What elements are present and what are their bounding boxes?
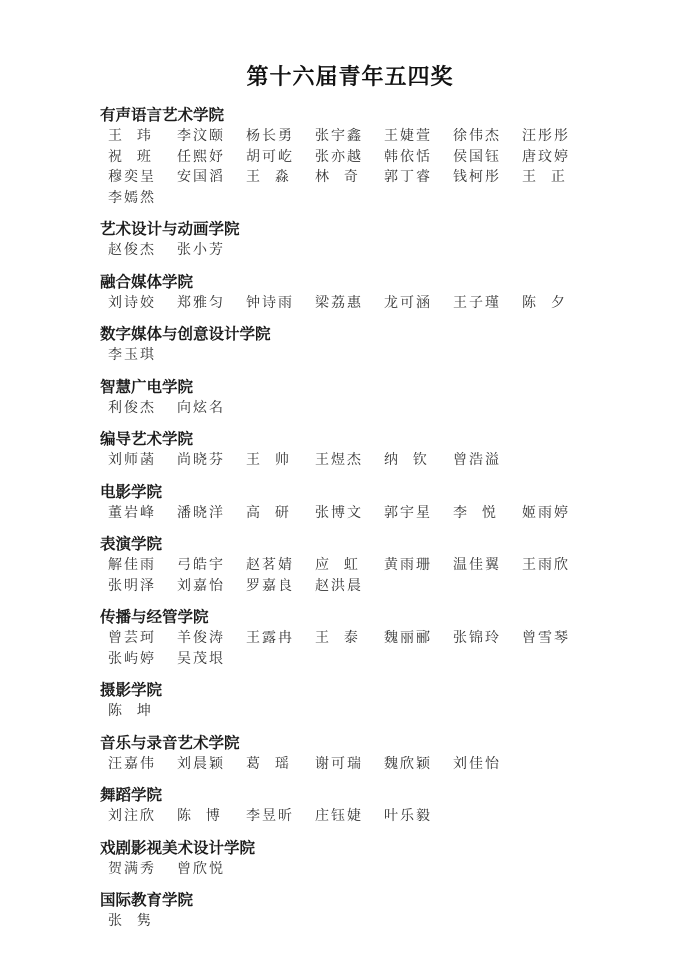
college-section: 戏剧影视美术设计学院贺满秀曾欣悦 (100, 837, 600, 880)
awardee-name: 郭宇星 (384, 503, 453, 524)
awardee-name: 刘注欣 (108, 806, 177, 827)
college-section: 表演学院解佳雨弓皓宇赵茗婧应 虹黄雨珊温佳翼王雨欣张明泽刘嘉怡罗嘉良赵洪晨 (100, 533, 600, 596)
name-list: 刘注欣陈 博李昱昕庄钰婕叶乐毅 (100, 806, 598, 827)
college-heading: 电影学院 (100, 481, 600, 503)
awardee-name: 刘师菡 (108, 450, 177, 471)
college-heading: 音乐与录音艺术学院 (100, 732, 600, 754)
awardee-name: 叶乐毅 (384, 806, 453, 827)
college-heading: 艺术设计与动画学院 (100, 218, 600, 240)
awardee-name: 贺满秀 (108, 859, 177, 880)
awardee-name: 汪彤彤 (522, 126, 591, 147)
awardee-name: 陈 博 (177, 806, 246, 827)
college-section: 数字媒体与创意设计学院李玉琪 (100, 323, 600, 366)
awardee-name: 王煜杰 (315, 450, 384, 471)
awardee-name: 唐玟婷 (522, 147, 591, 168)
awardee-name: 郭丁睿 (384, 167, 453, 188)
college-section: 艺术设计与动画学院赵俊杰张小芳 (100, 218, 600, 261)
awardee-name: 汪嘉伟 (108, 754, 177, 775)
college-section: 编导艺术学院刘师菡尚晓芬王 帅王煜杰纳 钦曾浩溢 (100, 428, 600, 471)
name-list: 解佳雨弓皓宇赵茗婧应 虹黄雨珊温佳翼王雨欣张明泽刘嘉怡罗嘉良赵洪晨 (100, 555, 598, 596)
awardee-name: 王 正 (522, 167, 591, 188)
awardee-name: 王 淼 (246, 167, 315, 188)
name-list: 赵俊杰张小芳 (100, 240, 598, 261)
college-heading: 摄影学院 (100, 679, 600, 701)
awardee-name: 张宇鑫 (315, 126, 384, 147)
name-list: 王 玮李汶颐杨长勇张宇鑫王婕萱徐伟杰汪彤彤祝 班任熙妤胡可屹张亦越韩依恬侯国钰唐… (100, 126, 598, 208)
awardee-name: 刘嘉怡 (177, 576, 246, 597)
awardee-name: 郑雅匀 (177, 293, 246, 314)
awardee-name: 刘诗姣 (108, 293, 177, 314)
awardee-name: 高 研 (246, 503, 315, 524)
awardee-name: 钱柯彤 (453, 167, 522, 188)
awardee-name: 杨长勇 (246, 126, 315, 147)
page-title: 第十六届青年五四奖 (0, 60, 700, 91)
awardee-name: 祝 班 (108, 147, 177, 168)
awardee-name: 张屿婷 (108, 649, 177, 670)
awardee-name: 穆奕呈 (108, 167, 177, 188)
awardee-name: 解佳雨 (108, 555, 177, 576)
awardee-name: 张 隽 (108, 911, 177, 932)
awardee-name: 弓皓宇 (177, 555, 246, 576)
college-heading: 国际教育学院 (100, 889, 600, 911)
college-section: 国际教育学院张 隽 (100, 889, 600, 932)
awardee-name: 谢可瑞 (315, 754, 384, 775)
awardee-name: 王雨欣 (522, 555, 591, 576)
college-heading: 编导艺术学院 (100, 428, 600, 450)
awardee-name: 魏欣颖 (384, 754, 453, 775)
awardee-name: 张锦玲 (453, 628, 522, 649)
college-heading: 表演学院 (100, 533, 600, 555)
name-list: 曾芸珂羊俊涛王露冉王 泰魏丽郦张锦玲曾雪琴张屿婷吴茂垠 (100, 628, 598, 669)
awardee-name: 韩依恬 (384, 147, 453, 168)
college-heading: 融合媒体学院 (100, 271, 600, 293)
awardee-name: 陈 坤 (108, 701, 177, 722)
college-heading: 智慧广电学院 (100, 376, 600, 398)
college-section: 传播与经管学院曾芸珂羊俊涛王露冉王 泰魏丽郦张锦玲曾雪琴张屿婷吴茂垠 (100, 606, 600, 669)
name-list: 汪嘉伟刘晨颖葛 瑶谢可瑞魏欣颖刘佳怡 (100, 754, 598, 775)
awardee-name: 赵洪晨 (315, 576, 384, 597)
awardee-name: 陈 夕 (522, 293, 591, 314)
awardee-name: 潘晓洋 (177, 503, 246, 524)
awardee-name: 李 悦 (453, 503, 522, 524)
name-list: 利俊杰向炫名 (100, 398, 598, 419)
awardee-name: 纳 钦 (384, 450, 453, 471)
college-heading: 戏剧影视美术设计学院 (100, 837, 600, 859)
awardee-name: 羊俊涛 (177, 628, 246, 649)
awardee-name: 胡可屹 (246, 147, 315, 168)
awardee-name: 刘佳怡 (453, 754, 522, 775)
college-section: 音乐与录音艺术学院汪嘉伟刘晨颖葛 瑶谢可瑞魏欣颖刘佳怡 (100, 732, 600, 775)
awardee-name: 徐伟杰 (453, 126, 522, 147)
awardee-name: 黄雨珊 (384, 555, 453, 576)
college-heading: 数字媒体与创意设计学院 (100, 323, 600, 345)
awardee-name: 张明泽 (108, 576, 177, 597)
awardee-name: 尚晓芬 (177, 450, 246, 471)
name-list: 李玉琪 (100, 345, 598, 366)
awardee-name: 任熙妤 (177, 147, 246, 168)
name-list: 张 隽 (100, 911, 598, 932)
awardee-name: 林 奇 (315, 167, 384, 188)
awardee-name: 张小芳 (177, 240, 246, 261)
college-section: 融合媒体学院刘诗姣郑雅匀钟诗雨梁荔惠龙可涵王子瑾陈 夕 (100, 271, 600, 314)
awardee-name: 姬雨婷 (522, 503, 591, 524)
name-list: 刘诗姣郑雅匀钟诗雨梁荔惠龙可涵王子瑾陈 夕 (100, 293, 598, 314)
college-heading: 有声语言艺术学院 (100, 104, 600, 126)
college-section: 摄影学院陈 坤 (100, 679, 600, 722)
awardee-name: 梁荔惠 (315, 293, 384, 314)
awardee-name: 李玉琪 (108, 345, 177, 366)
awardee-name: 罗嘉良 (246, 576, 315, 597)
awardee-name: 董岩峰 (108, 503, 177, 524)
college-section: 电影学院董岩峰潘晓洋高 研张博文郭宇星李 悦姬雨婷 (100, 481, 600, 524)
awardee-name: 王露冉 (246, 628, 315, 649)
awardee-name: 王 泰 (315, 628, 384, 649)
awardee-name: 张亦越 (315, 147, 384, 168)
awardee-name: 张博文 (315, 503, 384, 524)
college-section: 舞蹈学院刘注欣陈 博李昱昕庄钰婕叶乐毅 (100, 784, 600, 827)
awardee-name: 利俊杰 (108, 398, 177, 419)
name-list: 陈 坤 (100, 701, 598, 722)
awardee-name: 龙可涵 (384, 293, 453, 314)
awardee-name: 应 虹 (315, 555, 384, 576)
awardee-name: 赵茗婧 (246, 555, 315, 576)
awardee-name: 刘晨颖 (177, 754, 246, 775)
awardee-name: 安国滔 (177, 167, 246, 188)
name-list: 贺满秀曾欣悦 (100, 859, 598, 880)
awardee-name: 李汶颐 (177, 126, 246, 147)
college-section: 智慧广电学院利俊杰向炫名 (100, 376, 600, 419)
awardee-name: 王子瑾 (453, 293, 522, 314)
name-list: 董岩峰潘晓洋高 研张博文郭宇星李 悦姬雨婷 (100, 503, 598, 524)
college-heading: 传播与经管学院 (100, 606, 600, 628)
awardee-name: 庄钰婕 (315, 806, 384, 827)
awardee-name: 曾欣悦 (177, 859, 246, 880)
awardee-name: 王 帅 (246, 450, 315, 471)
awardee-name: 温佳翼 (453, 555, 522, 576)
college-section: 有声语言艺术学院王 玮李汶颐杨长勇张宇鑫王婕萱徐伟杰汪彤彤祝 班任熙妤胡可屹张亦… (100, 104, 600, 208)
awardee-name: 魏丽郦 (384, 628, 453, 649)
awardee-name: 王 玮 (108, 126, 177, 147)
awardee-name: 向炫名 (177, 398, 246, 419)
awardee-name: 李昱昕 (246, 806, 315, 827)
awardee-name: 侯国钰 (453, 147, 522, 168)
college-heading: 舞蹈学院 (100, 784, 600, 806)
award-list: 有声语言艺术学院王 玮李汶颐杨长勇张宇鑫王婕萱徐伟杰汪彤彤祝 班任熙妤胡可屹张亦… (100, 104, 600, 942)
awardee-name: 吴茂垠 (177, 649, 246, 670)
awardee-name: 曾浩溢 (453, 450, 522, 471)
awardee-name: 曾芸珂 (108, 628, 177, 649)
awardee-name: 李嫣然 (108, 188, 177, 209)
awardee-name: 赵俊杰 (108, 240, 177, 261)
awardee-name: 曾雪琴 (522, 628, 591, 649)
awardee-name: 葛 瑶 (246, 754, 315, 775)
name-list: 刘师菡尚晓芬王 帅王煜杰纳 钦曾浩溢 (100, 450, 598, 471)
awardee-name: 王婕萱 (384, 126, 453, 147)
awardee-name: 钟诗雨 (246, 293, 315, 314)
